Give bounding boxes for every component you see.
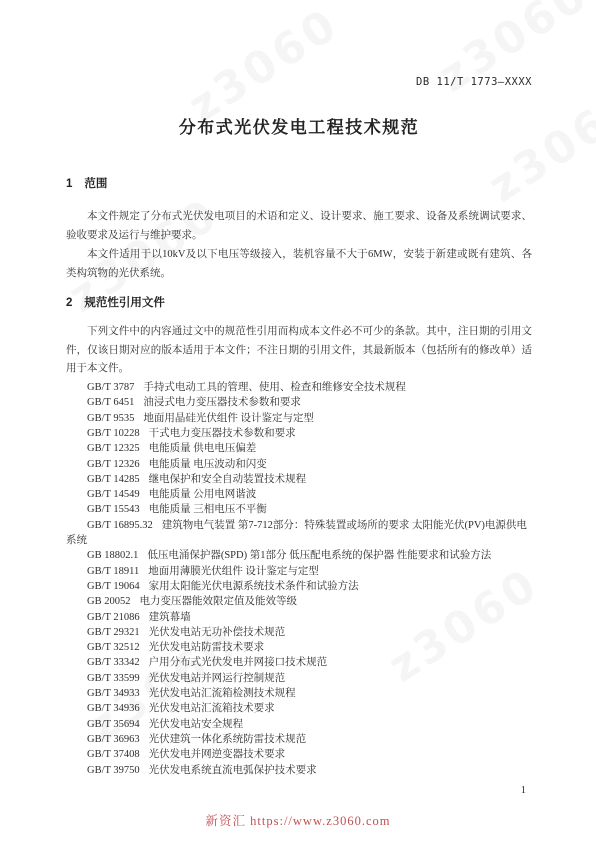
reference-item: GB/T 36963光伏建筑一体化系统防雷技术规范 xyxy=(66,732,532,747)
reference-title: 光伏发电站安全规程 xyxy=(140,719,244,730)
reference-code: GB/T 6451 xyxy=(87,397,134,408)
reference-item: GB/T 33599光伏发电站并网运行控制规范 xyxy=(66,671,532,686)
reference-title: 建筑幕墙 xyxy=(140,612,191,623)
site-name: 新资汇 xyxy=(206,814,247,828)
section-label: 规范性引用文件 xyxy=(84,297,165,309)
reference-item: GB/T 14549电能质量 公用电网谐波 xyxy=(66,487,532,502)
reference-title: 电力变压器能效限定值及能效等级 xyxy=(130,596,297,607)
reference-title: 家用太阳能光伏电源系统技术条件和试验方法 xyxy=(140,581,359,592)
reference-code: GB 18802.1 xyxy=(87,550,138,561)
reference-item: GB/T 34933光伏发电站汇流箱检测技术规程 xyxy=(66,686,532,701)
reference-code: GB/T 9535 xyxy=(87,413,134,424)
reference-item: GB/T 18911地面用薄膜光伏组件 设计鉴定与定型 xyxy=(66,564,532,579)
reference-title: 光伏发电站无功补偿技术规范 xyxy=(140,627,286,638)
reference-code: GB/T 12325 xyxy=(87,443,140,454)
reference-item: GB/T 21086建筑幕墙 xyxy=(66,610,532,625)
page-content: DB 11/T 1773—XXXX 分布式光伏发电工程技术规范 1范围 本文件规… xyxy=(0,0,596,778)
reference-title: 电能质量 供电电压偏差 xyxy=(140,443,257,454)
reference-item: GB/T 33342户用分布式光伏发电并网接口技术规范 xyxy=(66,655,532,670)
reference-title: 光伏发电系统直流电弧保护技术要求 xyxy=(140,765,317,776)
reference-title: 电能质量 电压波动和闪变 xyxy=(140,459,267,470)
reference-title: 电能质量 公用电网谐波 xyxy=(140,489,257,500)
document-page: z3060 z3060 z3060 z3060 z3060 z3060 DB 1… xyxy=(0,0,596,842)
reference-code: GB 20052 xyxy=(87,596,130,607)
document-code: DB 11/T 1773—XXXX xyxy=(66,76,532,89)
document-title: 分布式光伏发电工程技术规范 xyxy=(66,117,532,139)
reference-item: GB/T 32512光伏发电站防雷技术要求 xyxy=(66,640,532,655)
reference-title: 光伏发电并网逆变器技术要求 xyxy=(140,749,286,760)
site-watermark-stamp: 新资汇 https://www.z3060.com xyxy=(0,811,596,829)
reference-code: GB/T 16895.32 xyxy=(87,520,153,531)
reference-code: GB/T 29321 xyxy=(87,627,140,638)
reference-item: GB/T 6451油浸式电力变压器技术参数和要求 xyxy=(66,395,532,410)
reference-item: GB/T 34936光伏发电站汇流箱技术要求 xyxy=(66,701,532,716)
reference-code: GB/T 14285 xyxy=(87,474,140,485)
reference-code: GB/T 3787 xyxy=(87,382,134,393)
reference-list: GB/T 3787手持式电动工具的管理、使用、检查和维修安全技术规程 GB/T … xyxy=(66,380,532,778)
references-intro: 下列文件中的内容通过文中的规范性引用而构成本文件必不可少的条款。其中，注日期的引… xyxy=(66,323,532,379)
reference-item: GB/T 3787手持式电动工具的管理、使用、检查和维修安全技术规程 xyxy=(66,380,532,395)
scope-paragraph-2: 本文件适用于以10kV及以下电压等级接入，装机容量不大于6MW，安装于新建或既有… xyxy=(66,245,532,283)
reference-item: GB/T 35694光伏发电站安全规程 xyxy=(66,717,532,732)
reference-item: GB/T 37408光伏发电并网逆变器技术要求 xyxy=(66,747,532,762)
reference-item: GB/T 14285继电保护和安全自动装置技术规程 xyxy=(66,472,532,487)
reference-code: GB/T 36963 xyxy=(87,734,140,745)
reference-code: GB/T 35694 xyxy=(87,719,140,730)
reference-item: GB/T 15543电能质量 三相电压不平衡 xyxy=(66,502,532,517)
reference-item: GB/T 12325电能质量 供电电压偏差 xyxy=(66,441,532,456)
section-heading-scope: 1范围 xyxy=(66,177,532,192)
reference-code: GB/T 39750 xyxy=(87,765,140,776)
reference-code: GB/T 32512 xyxy=(87,642,140,653)
reference-code: GB/T 34936 xyxy=(87,703,140,714)
section-number: 2 xyxy=(66,296,72,311)
reference-item: GB/T 10228干式电力变压器技术参数和要求 xyxy=(66,426,532,441)
reference-item: GB 18802.1低压电涌保护器(SPD) 第1部分 低压配电系统的保护器 性… xyxy=(66,548,532,563)
reference-code: GB/T 33342 xyxy=(87,657,140,668)
scope-paragraph-1: 本文件规定了分布式光伏发电项目的术语和定义、设计要求、施工要求、设备及系统调试要… xyxy=(66,207,532,245)
page-number: 1 xyxy=(521,785,526,796)
reference-item: GB/T 39750光伏发电系统直流电弧保护技术要求 xyxy=(66,763,532,778)
reference-item: GB/T 19064家用太阳能光伏电源系统技术条件和试验方法 xyxy=(66,579,532,594)
reference-code: GB/T 10228 xyxy=(87,428,140,439)
reference-code: GB/T 34933 xyxy=(87,688,140,699)
reference-title: 光伏发电站汇流箱检测技术规程 xyxy=(140,688,296,699)
reference-code: GB/T 33599 xyxy=(87,673,140,684)
reference-title: 地面用晶硅光伏组件 设计鉴定与定型 xyxy=(134,413,314,424)
reference-item: GB/T 9535地面用晶硅光伏组件 设计鉴定与定型 xyxy=(66,411,532,426)
reference-title: 光伏发电站防雷技术要求 xyxy=(140,642,265,653)
reference-code: GB/T 12326 xyxy=(87,459,140,470)
reference-title: 户用分布式光伏发电并网接口技术规范 xyxy=(140,657,328,668)
reference-code: GB/T 21086 xyxy=(87,612,140,623)
reference-title: 低压电涌保护器(SPD) 第1部分 低压配电系统的保护器 性能要求和试验方法 xyxy=(138,550,491,561)
section-heading-references: 2规范性引用文件 xyxy=(66,296,532,311)
reference-title: 光伏建筑一体化系统防雷技术规范 xyxy=(140,734,307,745)
reference-item: GB/T 12326电能质量 电压波动和闪变 xyxy=(66,457,532,472)
site-url: https://www.z3060.com xyxy=(250,814,390,828)
reference-title: 手持式电动工具的管理、使用、检查和维修安全技术规程 xyxy=(134,382,406,393)
reference-code: GB/T 15543 xyxy=(87,504,140,515)
reference-code: GB/T 18911 xyxy=(87,566,139,577)
reference-title: 地面用薄膜光伏组件 设计鉴定与定型 xyxy=(139,566,319,577)
section-number: 1 xyxy=(66,177,72,192)
section-label: 范围 xyxy=(84,178,107,190)
reference-title: 继电保护和安全自动装置技术规程 xyxy=(140,474,307,485)
reference-item: GB/T 29321光伏发电站无功补偿技术规范 xyxy=(66,625,532,640)
reference-title: 油浸式电力变压器技术参数和要求 xyxy=(134,397,301,408)
reference-code: GB/T 14549 xyxy=(87,489,140,500)
reference-title: 干式电力变压器技术参数和要求 xyxy=(140,428,296,439)
reference-title: 光伏发电站汇流箱技术要求 xyxy=(140,703,275,714)
reference-item: GB/T 16895.32建筑物电气装置 第7-712部分：特殊装置或场所的要求… xyxy=(66,518,532,549)
reference-title: 光伏发电站并网运行控制规范 xyxy=(140,673,286,684)
reference-item: GB 20052电力变压器能效限定值及能效等级 xyxy=(66,594,532,609)
reference-code: GB/T 19064 xyxy=(87,581,140,592)
reference-code: GB/T 37408 xyxy=(87,749,140,760)
reference-title: 电能质量 三相电压不平衡 xyxy=(140,504,267,515)
